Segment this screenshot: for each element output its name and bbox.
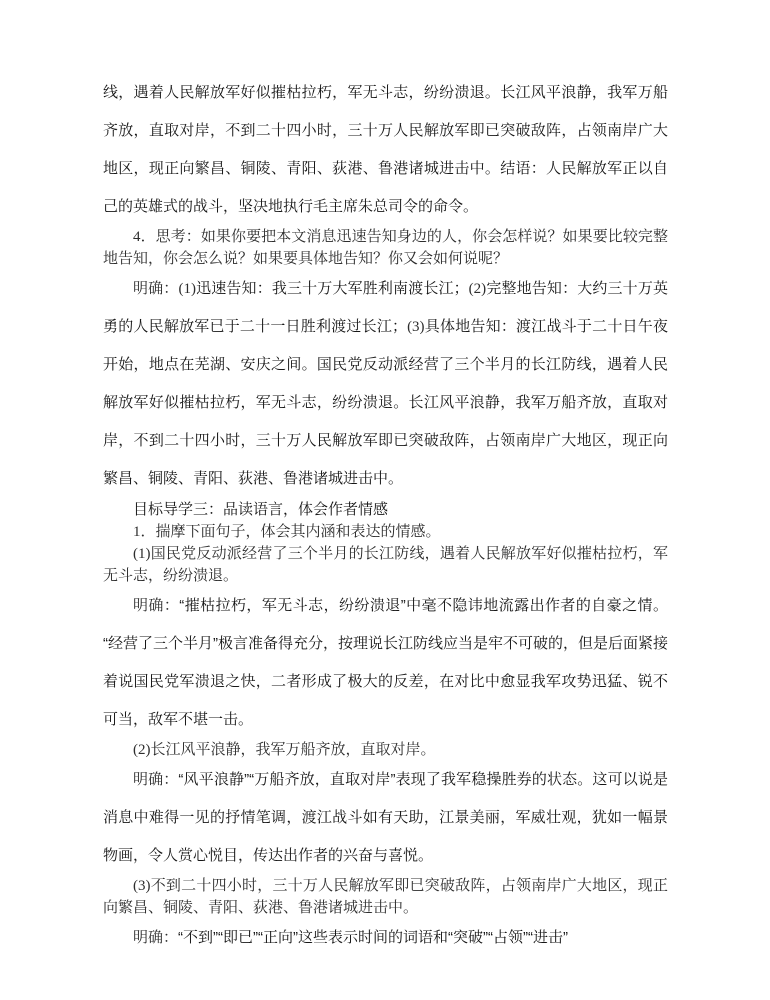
text-run: (2)长江风平浪静，我军万船齐放，直取对岸。 (133, 742, 436, 758)
text-run: “不到”“即已”“正向”这些表示时间的词语和“突破”“占领”“进击” (178, 929, 568, 946)
document-body: 线，遇着人民解放军好似摧枯拉朽，军无斗志，纷纷溃退。长江风平浪静，我军万船齐放，… (103, 74, 668, 957)
paragraph-7: 明确：“摧枯拉朽，军无斗志，纷纷溃退”中毫不隐讳地流露出作者的自豪之情。“经营了… (103, 587, 668, 739)
paragraph-11: 明确：“不到”“即已”“正向”这些表示时间的词语和“突破”“占领”“进击” (103, 919, 668, 957)
paragraph-4: 目标导学三：品读语言，体会作者情感 (103, 498, 668, 521)
text-run: 目标导学三：品读语言，体会作者情感 (133, 501, 388, 518)
paragraph-2: 4．思考：如果你要把本文消息迅速告知身边的人，你会怎样说？如果要比较完整地告知，… (103, 226, 668, 270)
paragraph-1: 线，遇着人民解放军好似摧枯拉朽，军无斗志，纷纷溃退。长江风平浪静，我军万船齐放，… (103, 74, 668, 226)
paragraph-8: (2)长江风平浪静，我军万船齐放，直取对岸。 (103, 739, 668, 761)
text-run: 明确：(1) (133, 281, 196, 297)
text-run: 4．思考：如果你要把本文消息迅速告知身边的人，你会怎样说？如果要比较完整地告知，… (103, 229, 668, 267)
text-run: 线，遇着人民解放军好似摧枯拉朽，军无斗志，纷纷溃退。长江风平浪静，我军万船齐放，… (103, 84, 668, 215)
paragraph-3: 明确：(1)迅速告知：我三十万大军胜利南渡长江；(2)完整地告知：大约三十万英勇… (103, 270, 668, 498)
text-run: 明确： (133, 930, 178, 946)
text-run: (3)不到二十四小时，三十万人民解放军即已突破敌阵，占领南岸广大地区，现正向繁昌… (103, 878, 668, 916)
text-run: “风平浪静”“万船齐放，直取对岸”表现了我军稳操胜券的状态。这可以说是消息中难得… (103, 771, 668, 864)
text-run: (1)国民党反动派经营了三个半月的长江防线，遇着人民解放军好似摧枯拉朽，军无斗志… (103, 546, 668, 584)
paragraph-10: (3)不到二十四小时，三十万人民解放军即已突破敌阵，占领南岸广大地区，现正向繁昌… (103, 875, 668, 919)
paragraph-9: 明确：“风平浪静”“万船齐放，直取对岸”表现了我军稳操胜券的状态。这可以说是消息… (103, 761, 668, 875)
text-run: (2) (469, 281, 487, 297)
text-run: 1．揣摩下面句子，体会其内涵和表达的情感。 (133, 524, 441, 540)
text-run: 明确： (133, 598, 179, 614)
text-run: 明确： (133, 772, 178, 788)
document-page: 线，遇着人民解放军好似摧枯拉朽，军无斗志，纷纷溃退。长江风平浪静，我军万船齐放，… (103, 74, 668, 957)
text-run: (3) (407, 319, 425, 335)
text-run: 具体地告知：渡江战斗于二十日午夜开始，地点在芜湖、安庆之间。国民党反动派经营了三… (103, 318, 668, 487)
text-run: “摧枯拉朽，军无斗志，纷纷溃退”中毫不隐讳地流露出作者的自豪之情。“经营了三个半… (103, 597, 668, 728)
text-run: 迅速告知：我三十万大军胜利南渡长江； (196, 280, 469, 297)
paragraph-6: (1)国民党反动派经营了三个半月的长江防线，遇着人民解放军好似摧枯拉朽，军无斗志… (103, 543, 668, 587)
paragraph-5: 1．揣摩下面句子，体会其内涵和表达的情感。 (103, 521, 668, 543)
